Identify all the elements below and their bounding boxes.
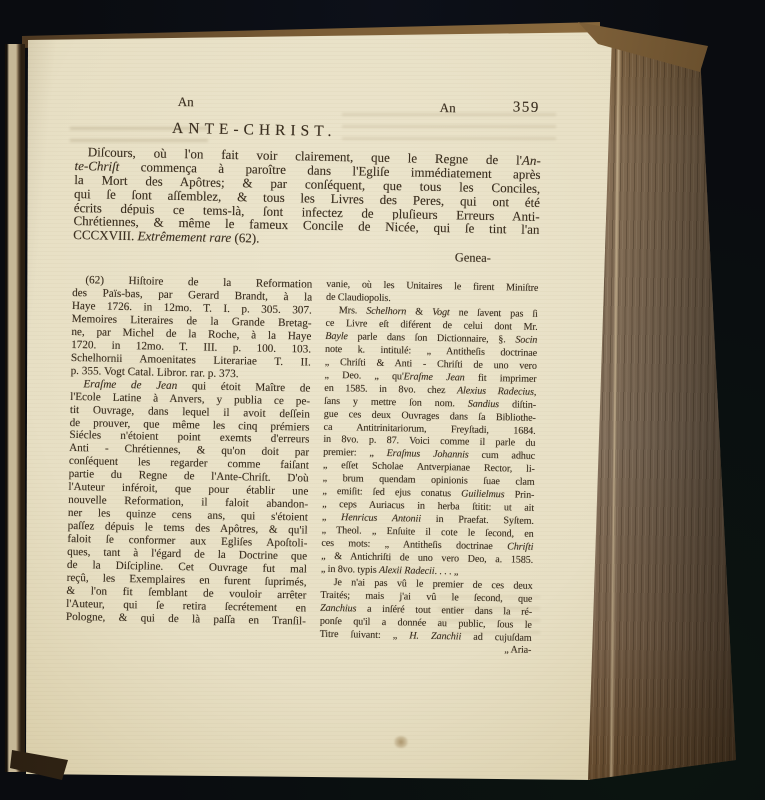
footnote-right-column: vanie, où les Unitaires le firent Miniſt… bbox=[319, 279, 538, 658]
running-head-right: An bbox=[440, 100, 456, 116]
running-head-left: An bbox=[178, 94, 194, 110]
footnote-left-column: (62) Hiſtoire de la Reformationdes Païs-… bbox=[65, 274, 312, 654]
facing-page-edge bbox=[5, 44, 25, 772]
print-block: An An 359 ANTE-CHRIST. Diſcours, où l'on… bbox=[65, 92, 542, 658]
footnote-columns: (62) Hiſtoire de la Reformationdes Païs-… bbox=[65, 274, 538, 658]
ink-stain bbox=[393, 736, 409, 748]
page-number: 359 bbox=[513, 99, 540, 117]
entry-title: ANTE-CHRIST. bbox=[75, 118, 541, 147]
entry-paragraph: Diſcours, où l'on fait voir clairement, … bbox=[73, 145, 541, 251]
scan-background: An An 359 ANTE-CHRIST. Diſcours, où l'on… bbox=[0, 0, 765, 800]
